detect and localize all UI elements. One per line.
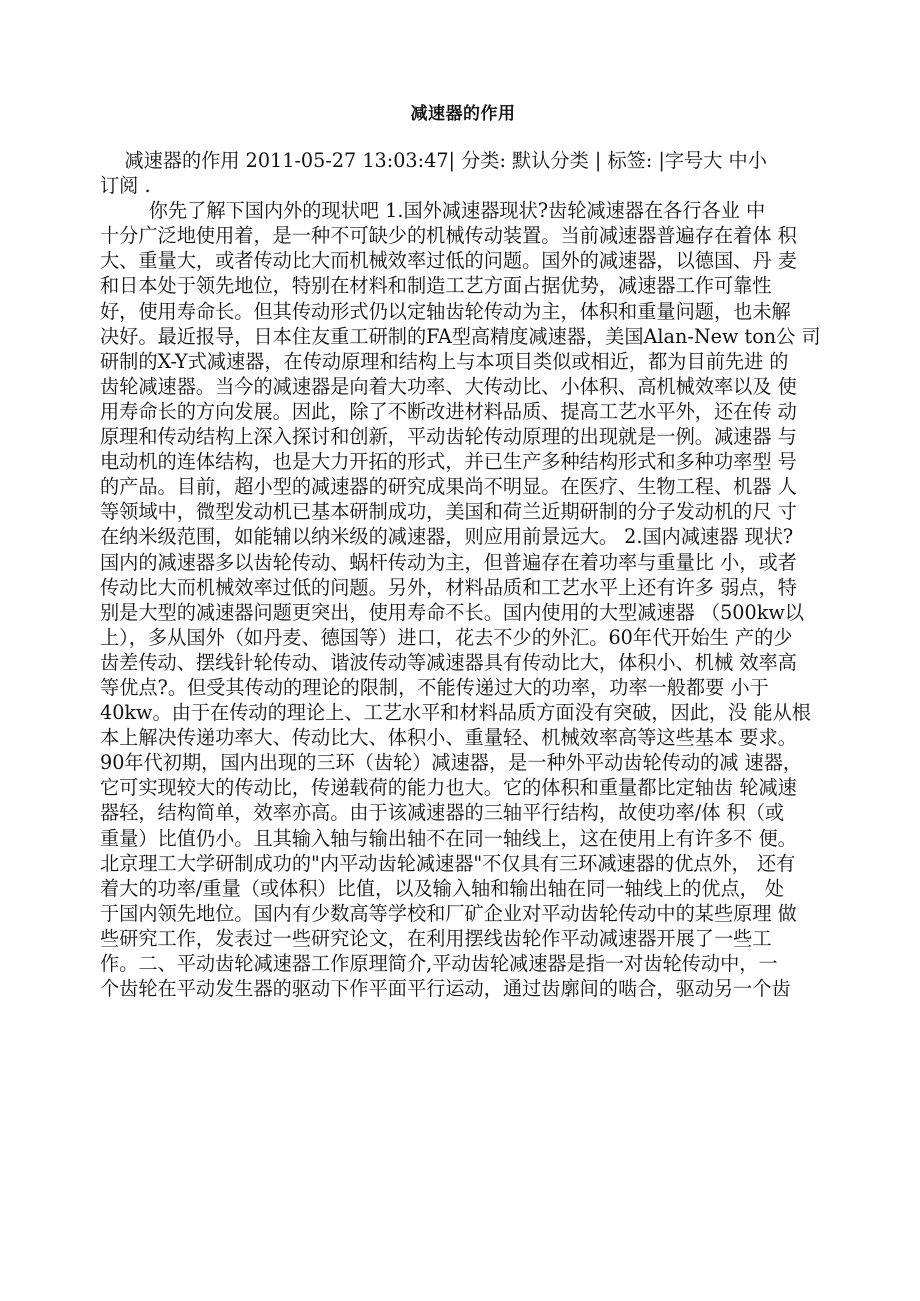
body-line: 研制的X-Y式减速器，在传动原理和结构上与本项目类似或相近，都为目前先进 的 (100, 349, 840, 374)
body-line: 传动比大而机械效率过低的问题。另外，材料品质和工艺水平上还有许多 弱点，特 (100, 575, 840, 600)
body-line: 上），多从国外（如丹麦、德国等）进口，花去不少的外汇。60年代开始生 产的少 (100, 625, 840, 650)
body-line: 北京理工大学研制成功的"内平动齿轮减速器"不仅具有三环减速器的优点外， 还有 (100, 851, 840, 876)
body-line: 十分广泛地使用着，是一种不可缺少的机械传动装置。当前减速器普遍存在着体 积 (100, 223, 840, 248)
body-line: 于国内领先地位。国内有少数高等学校和厂矿企业对平动齿轮传动中的某些原理 做 (100, 901, 840, 926)
body-line: 些研究工作，发表过一些研究论文，在利用摆线齿轮作平动减速器开展了一些工 (100, 926, 840, 951)
body-line: 好，使用寿命长。但其传动形式仍以定轴齿轮传动为主，体积和重量问题，也未解 (100, 299, 840, 324)
body-line: 器轻，结构简单，效率亦高。由于该减速器的三轴平行结构，故使功率/体 积（或 (100, 800, 840, 825)
body-line: 大、重量大，或者传动比大而机械效率过低的问题。国外的减速器，以德国、丹 麦 (100, 248, 840, 273)
body-line: 等领域中，微型发动机已基本研制成功，美国和荷兰近期研制的分子发动机的尺 寸 (100, 499, 840, 524)
body-line: 本上解决传递功率大、传动比大、体积小、重量轻、机械效率高等这些基本 要求。 (100, 725, 840, 750)
document-body: 减速器的作用 2011-05-27 13:03:47| 分类: 默认分类 | 标… (100, 148, 840, 1001)
body-line: 重量）比值仍小。且其输入轴与输出轴不在同一轴线上，这在使用上有许多不 便。 (100, 826, 840, 851)
body-line: 的产品。目前，超小型的减速器的研究成果尚不明显。在医疗、生物工程、机器 人 (100, 474, 840, 499)
meta-line-subscribe: 订阅 . (100, 173, 840, 198)
body-line: 等优点?。但受其传动的理论的限制，不能传递过大的功率，功率一般都要 小于 (100, 675, 840, 700)
body-line: 齿差传动、摆线针轮传动、谐波传动等减速器具有传动比大，体积小、机械 效率高 (100, 650, 840, 675)
body-line: 着大的功率/重量（或体积）比值，以及输入轴和输出轴在同一轴线上的优点， 处 (100, 876, 840, 901)
body-line: 原理和传动结构上深入探讨和创新，平动齿轮传动原理的出现就是一例。减速器 与 (100, 424, 840, 449)
body-line: 电动机的连体结构，也是大力开拓的形式，并已生产多种结构形式和多种功率型 号 (100, 449, 840, 474)
body-line: 国内的减速器多以齿轮传动、蜗杆传动为主，但普遍存在着功率与重量比 小，或者 (100, 550, 840, 575)
body-line: 它可实现较大的传动比，传递载荷的能力也大。它的体积和重量都比定轴齿 轮减速 (100, 775, 840, 800)
body-line: 作。二、平动齿轮减速器工作原理简介,平动齿轮减速器是指一对齿轮传动中，一 (100, 951, 840, 976)
body-line: 40kw。由于在传动的理论上、工艺水平和材料品质方面没有突破，因此，没 能从根 (100, 700, 840, 725)
body-line: 你先了解下国内外的现状吧 1.国外减速器现状?齿轮减速器在各行各业 中 (100, 198, 840, 223)
document-title: 减速器的作用 (100, 102, 826, 126)
body-line: 个齿轮在平动发生器的驱动下作平面平行运动，通过齿廓间的啮合，驱动另一个齿 (100, 976, 840, 1001)
body-line: 90年代初期，国内出现的三环（齿轮）减速器，是一种外平动齿轮传动的减 速器， (100, 750, 840, 775)
body-line: 别是大型的减速器问题更突出，使用寿命不长。国内使用的大型减速器 （500kw以 (100, 600, 840, 625)
body-line: 用寿命长的方向发展。因此，除了不断改进材料品质、提高工艺水平外，还在传 动 (100, 399, 840, 424)
meta-line: 减速器的作用 2011-05-27 13:03:47| 分类: 默认分类 | 标… (100, 148, 840, 173)
body-line: 齿轮减速器。当今的减速器是向着大功率、大传动比、小体积、高机械效率以及 使 (100, 374, 840, 399)
body-line: 在纳米级范围，如能辅以纳米级的减速器，则应用前景远大。 2.国内减速器 现状? (100, 524, 840, 549)
body-line: 和日本处于领先地位，特别在材料和制造工艺方面占据优势，减速器工作可靠性 (100, 273, 840, 298)
body-line: 决好。最近报导，日本住友重工研制的FA型高精度减速器，美国Alan-New to… (100, 324, 840, 349)
